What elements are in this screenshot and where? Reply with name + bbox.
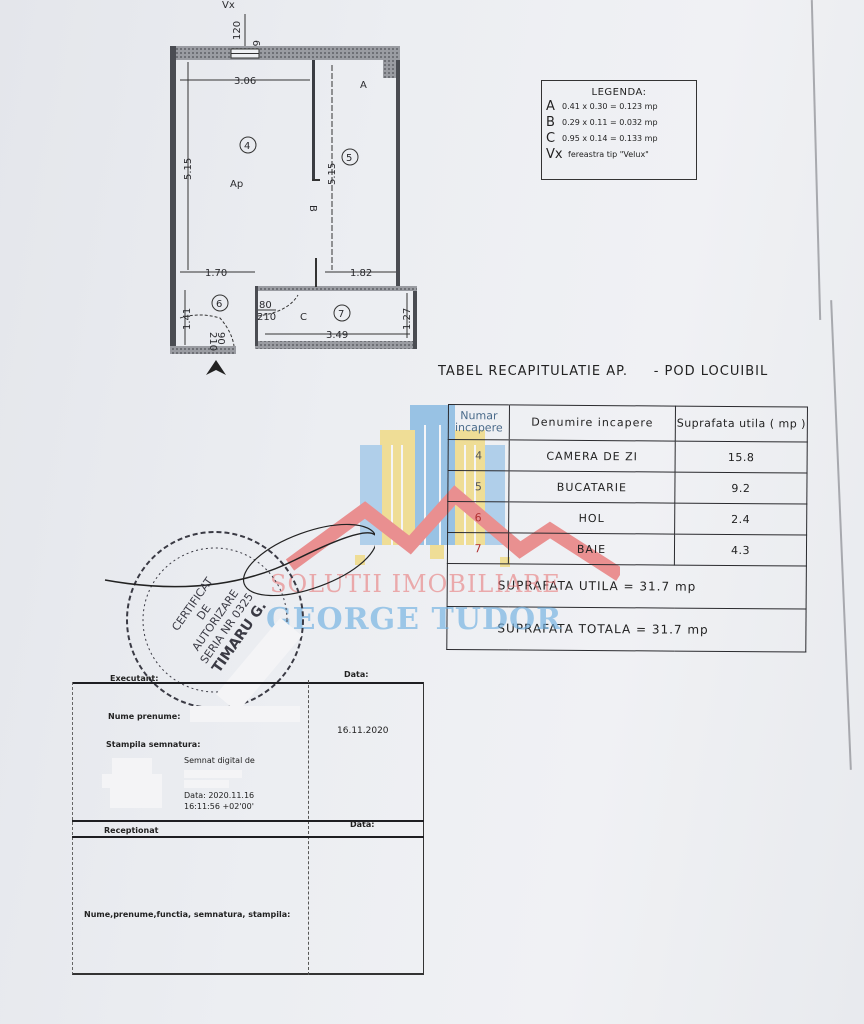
floor-plan: Vx 120 60 3.06 5.15 5.15 1.70 1.82 1.41 … [160,0,430,385]
legend-box: LEGENDA: A 0.41 x 0.30 = 0.123 mp B 0.29… [541,80,697,180]
svg-text:5.15: 5.15 [327,163,338,185]
entry-arrow-icon [206,360,226,375]
header-room-number: Numar incapere [448,405,509,440]
svg-text:B: B [307,205,318,212]
window-label: Vx [222,0,235,11]
svg-text:SERIA NR 0325: SERIA NR 0325 [198,591,256,667]
name-label: Nume prenume: [108,712,180,721]
header-room-name: Denumire incapere [509,405,675,441]
receptionat-date-label: Data: [350,820,374,829]
stamp-signature-label: Stampila semnatura: [106,740,200,749]
svg-text:210: 210 [257,312,276,323]
digital-sign-date: Data: 2020.11.16 [184,791,254,800]
watermark-text-line2: GEORGE TUDOR [266,602,562,637]
recap-title: TABEL RECAPITULATIE AP. - POD LOCUIBIL [438,364,768,379]
table-row: 7 BAIE 4.3 [447,533,806,567]
svg-text:3.49: 3.49 [326,330,348,341]
legend-row: B 0.29 x 0.11 = 0.032 mp [542,114,696,130]
signature-block: Executant: Data: Nume prenume: 16.11.202… [72,670,424,975]
svg-text:DE: DE [194,602,214,622]
svg-text:CERTIFICAT: CERTIFICAT [169,575,215,634]
receptionat-label: Receptionat [104,826,158,835]
svg-text:6: 6 [216,299,222,310]
svg-text:5.15: 5.15 [183,158,194,180]
header-room-area: Suprafata utila ( mp ) [675,406,807,442]
wall-right [396,60,400,286]
svg-text:TIMARU G.: TIMARU G. [209,598,270,675]
watermark-text-line1: SOLUTII IMOBILIARE [270,570,561,598]
svg-text:C: C [300,312,307,323]
svg-text:1.70: 1.70 [205,268,227,279]
svg-text:4: 4 [244,141,250,152]
table-row: 5 BUCATARIE 9.2 [448,471,807,505]
svg-text:1.82: 1.82 [350,268,372,279]
table-row: 4 CAMERA DE ZI 15.8 [448,440,807,474]
svg-text:1.27: 1.27 [402,308,413,330]
svg-text:120: 120 [232,21,243,40]
svg-text:AUTORIZARE: AUTORIZARE [190,587,242,653]
executant-date-label: Data: [344,670,368,679]
svg-text:A: A [360,80,367,91]
svg-text:1.41: 1.41 [182,308,193,330]
receptionat-fields-label: Nume,prenume,functia, semnatura, stampil… [84,910,290,919]
wall-bottom [255,341,417,349]
svg-text:7: 7 [338,309,344,320]
svg-text:3.06: 3.06 [234,76,256,87]
svg-text:Ap: Ap [230,179,243,190]
wall-top [170,46,400,60]
digital-sign-label: Semnat digital de [184,756,255,765]
paper-edge-right-lower [830,300,852,770]
digital-sign-time: 16:11:56 +02'00' [184,802,254,811]
execution-date: 16.11.2020 [337,726,389,736]
wall-left [170,46,176,354]
svg-text:210: 210 [207,332,218,351]
svg-text:5: 5 [346,153,352,164]
redacted-name [190,706,300,722]
legend-row: Vx fereastra tip "Velux" [542,146,696,162]
svg-text:80: 80 [259,300,272,311]
paper-edge-right [811,0,821,320]
legend-row: A 0.41 x 0.30 = 0.123 mp [542,98,696,114]
table-header-row: Numar incapere Denumire incapere Suprafa… [448,405,807,443]
legend-row: C 0.95 x 0.14 = 0.133 mp [542,130,696,146]
legend-title: LEGENDA: [542,87,696,98]
table-row: 6 HOL 2.4 [448,502,807,536]
